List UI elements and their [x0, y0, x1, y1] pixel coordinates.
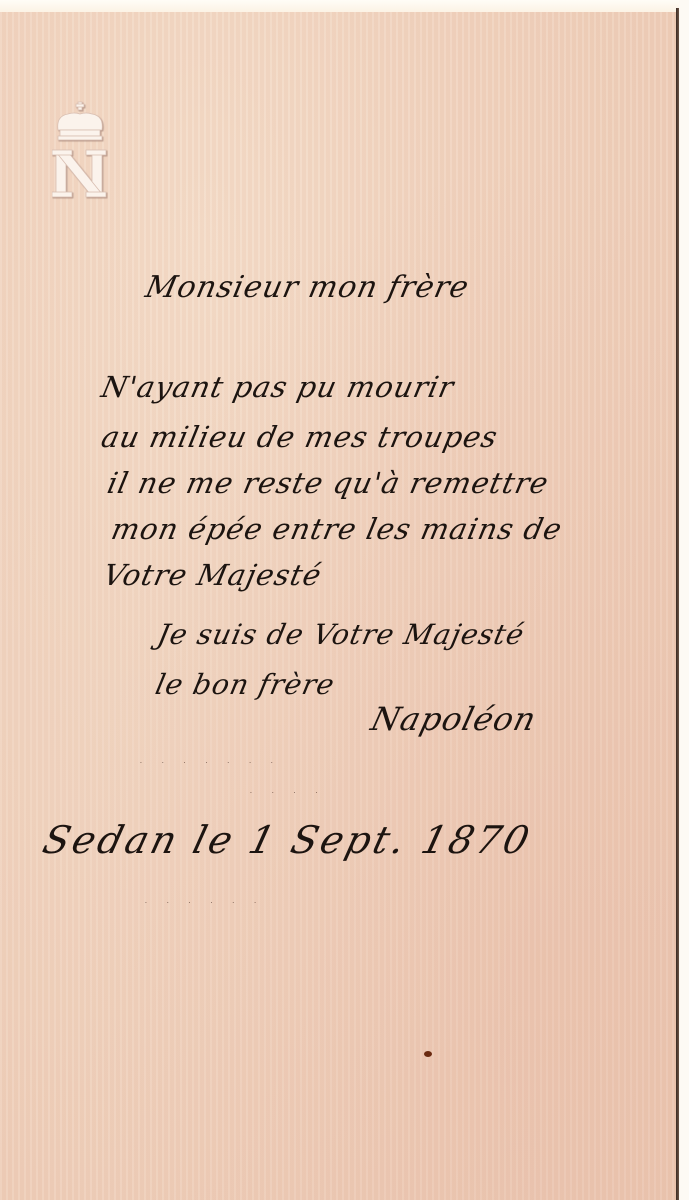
- ink-specks: · · · · · · ·: [140, 760, 282, 767]
- salutation: Monsieur mon frère: [142, 270, 472, 305]
- signature: Napoléon: [367, 700, 540, 738]
- ink-specks: · · · ·: [250, 790, 326, 797]
- closing-line-2: le bon frère: [152, 668, 337, 701]
- body-line-3: il ne me reste qu'à remettre: [104, 466, 552, 500]
- ink-spot: [424, 1051, 432, 1057]
- body-line-2: au milieu de mes troupes: [98, 420, 501, 454]
- body-line-4: mon épée entre les mains de: [108, 512, 565, 546]
- scan-right-margin: [679, 0, 689, 1200]
- crowned-monogram-icon: [52, 100, 108, 200]
- body-line-5: Votre Majesté: [100, 558, 325, 592]
- body-line-1: N'ayant pas pu mourir: [98, 370, 457, 404]
- dateline: Sedan le 1 Sept. 1870: [39, 818, 537, 862]
- closing-line-1: Je suis de Votre Majesté: [154, 618, 527, 651]
- ink-specks: · · · · · ·: [145, 900, 265, 907]
